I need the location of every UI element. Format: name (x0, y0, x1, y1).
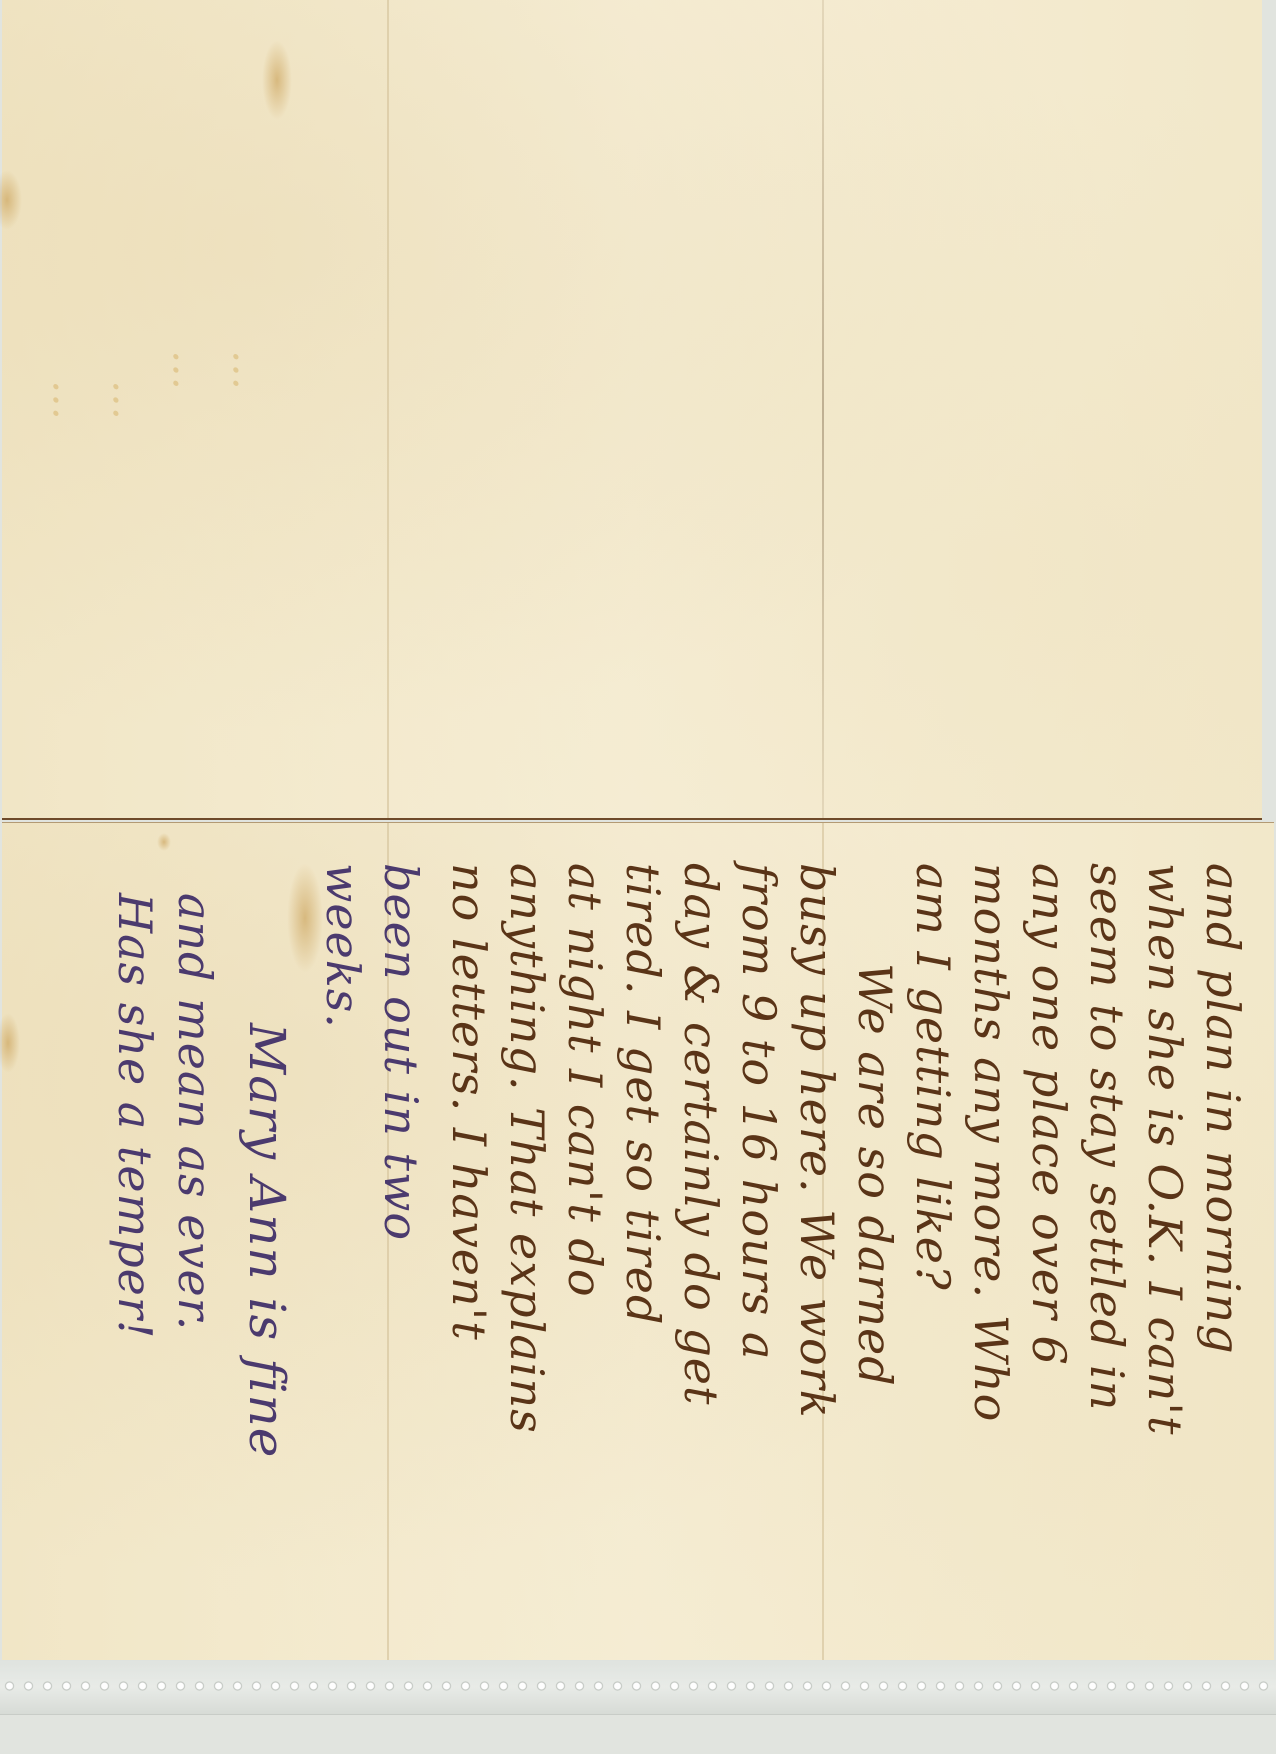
letter-line: tired. I get so tired (620, 863, 666, 1325)
letter-line: We are so darned (852, 963, 898, 1387)
letter-line: at night I can't do (562, 863, 608, 1298)
letter-line: anything. That explains (504, 863, 550, 1434)
letter-line: been out in two (378, 863, 424, 1241)
letter-line: months any more. Who (968, 863, 1014, 1422)
letter-line: seem to stay settled in (1084, 863, 1130, 1411)
fold-crease (387, 0, 389, 818)
stain (0, 170, 22, 230)
stain (262, 40, 292, 120)
letter-line: Has she a temper! (112, 893, 158, 1339)
ink-bleed-through: … (22, 40, 68, 420)
letter-sheet-reverse: … … … … (2, 0, 1262, 820)
letter-line: no letters. I haven't (446, 863, 492, 1341)
letter-line: weeks. (320, 863, 366, 1029)
letter-line: am I getting like? (910, 863, 956, 1291)
sleeve-perforations (0, 1680, 1276, 1692)
ink-bleed-through: … (202, 90, 248, 390)
letter-line: and mean as ever. (172, 893, 218, 1331)
letter-line: day & certainly do get (678, 863, 724, 1406)
letter-line: from 9 to 16 hours a (736, 863, 782, 1360)
letter-sheet-front: and plan in morning when she is O.K. I c… (2, 822, 1274, 1662)
letter-line: and plan in morning (1200, 863, 1246, 1355)
letter-line: when she is O.K. I can't (1142, 863, 1188, 1435)
fold-crease (822, 0, 824, 818)
letter-line: Mary Ann is fine (242, 1023, 292, 1458)
ink-bleed-through: … (82, 40, 128, 420)
stain (0, 1013, 20, 1073)
letter-line: busy up here. We work (794, 863, 840, 1419)
letter-line: any one place over 6 (1026, 863, 1072, 1366)
stain (157, 833, 171, 851)
ink-bleed-through: … (142, 90, 188, 390)
plastic-sleeve-edge (0, 1660, 1276, 1715)
